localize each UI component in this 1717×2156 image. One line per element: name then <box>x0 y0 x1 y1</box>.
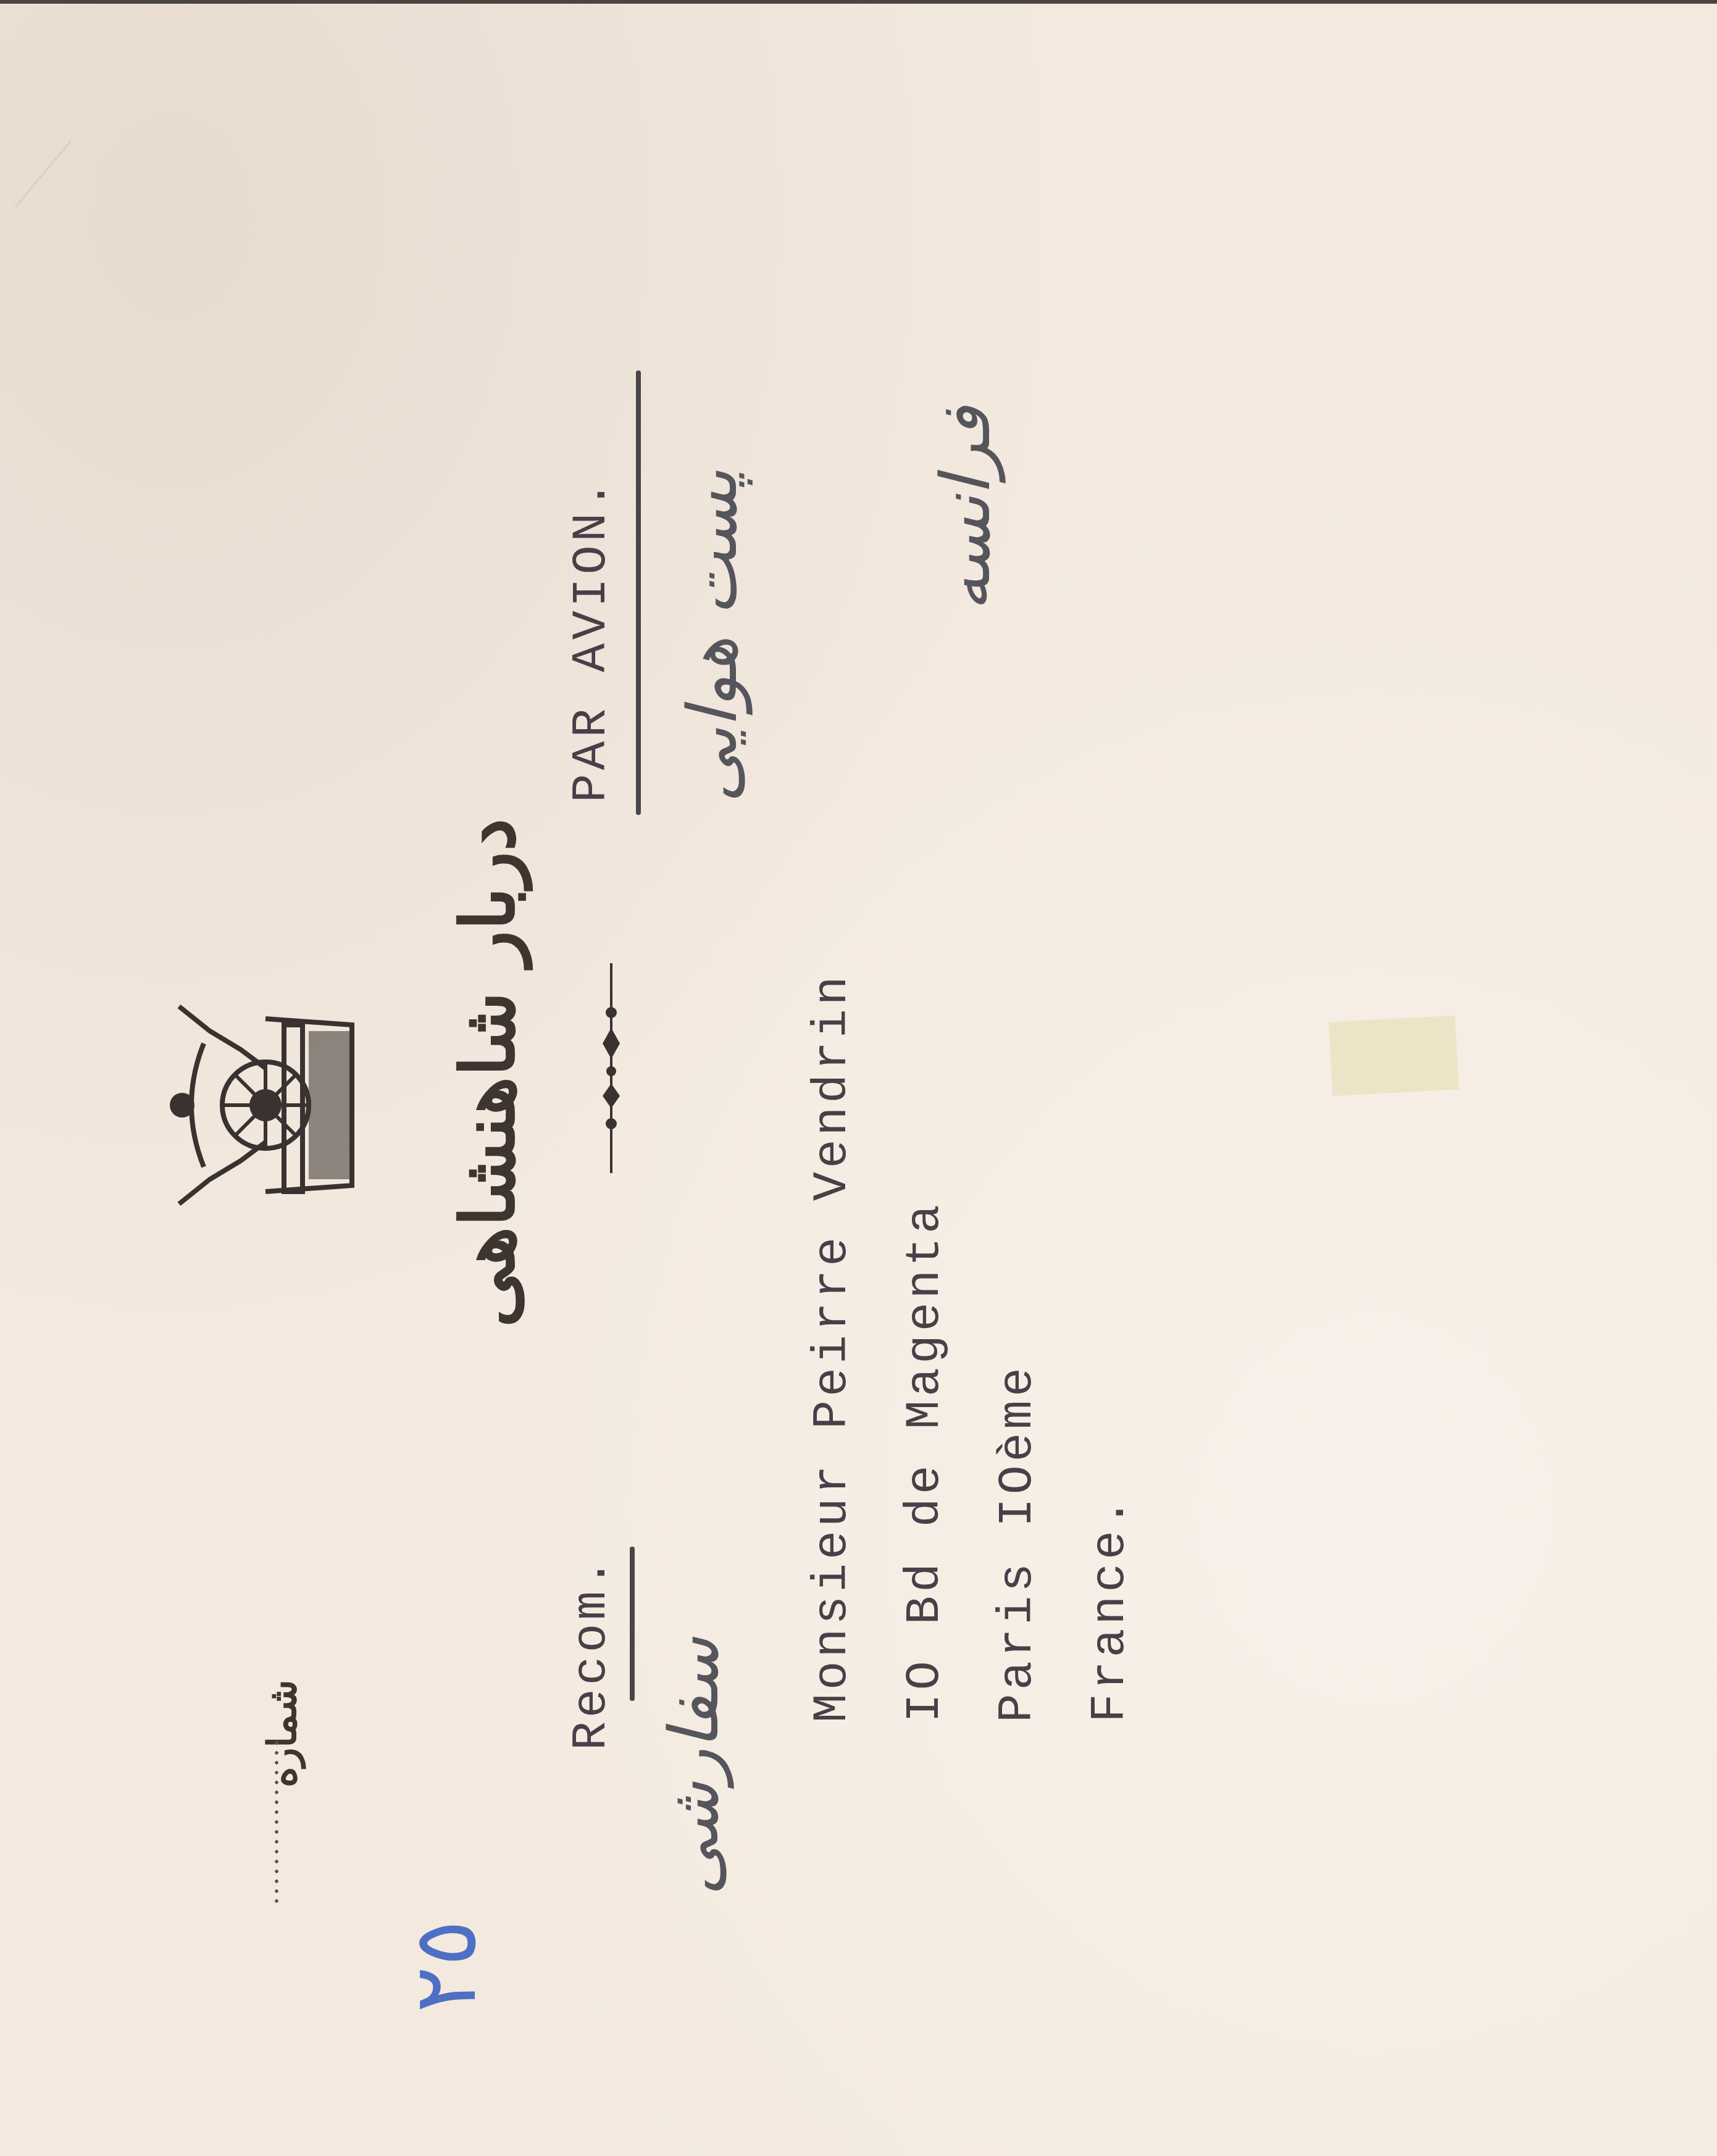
ornamental-divider-icon <box>599 963 624 1173</box>
destination-handwritten: فرانسه <box>926 406 1005 611</box>
address-line: Monsieur Peirre Vendrin <box>806 972 860 1723</box>
registered-underline <box>630 1547 635 1701</box>
scan-edge <box>0 0 1717 4</box>
airmail-label: PAR AVION. <box>565 477 619 803</box>
airmail-underline <box>636 370 641 815</box>
registered-handwritten: سفارشی <box>654 1637 733 1895</box>
reference-dotted-line[interactable] <box>275 1738 278 1905</box>
address-line: France. <box>1084 1494 1138 1723</box>
crown-icon <box>167 982 370 1229</box>
address-line: IO Bd de Magenta <box>898 1201 953 1723</box>
registered-label: Recom. <box>565 1555 619 1750</box>
tape-residue <box>1329 1016 1459 1097</box>
reference-label: شماره <box>259 1679 306 1787</box>
letterhead-title: دربار شاهنشاهی <box>445 818 532 1327</box>
blue-ink-marks: ٢٥ <box>395 1920 496 2013</box>
address-line: Paris IOème <box>991 1364 1045 1723</box>
airmail-handwritten: پست هوایی <box>673 470 752 803</box>
